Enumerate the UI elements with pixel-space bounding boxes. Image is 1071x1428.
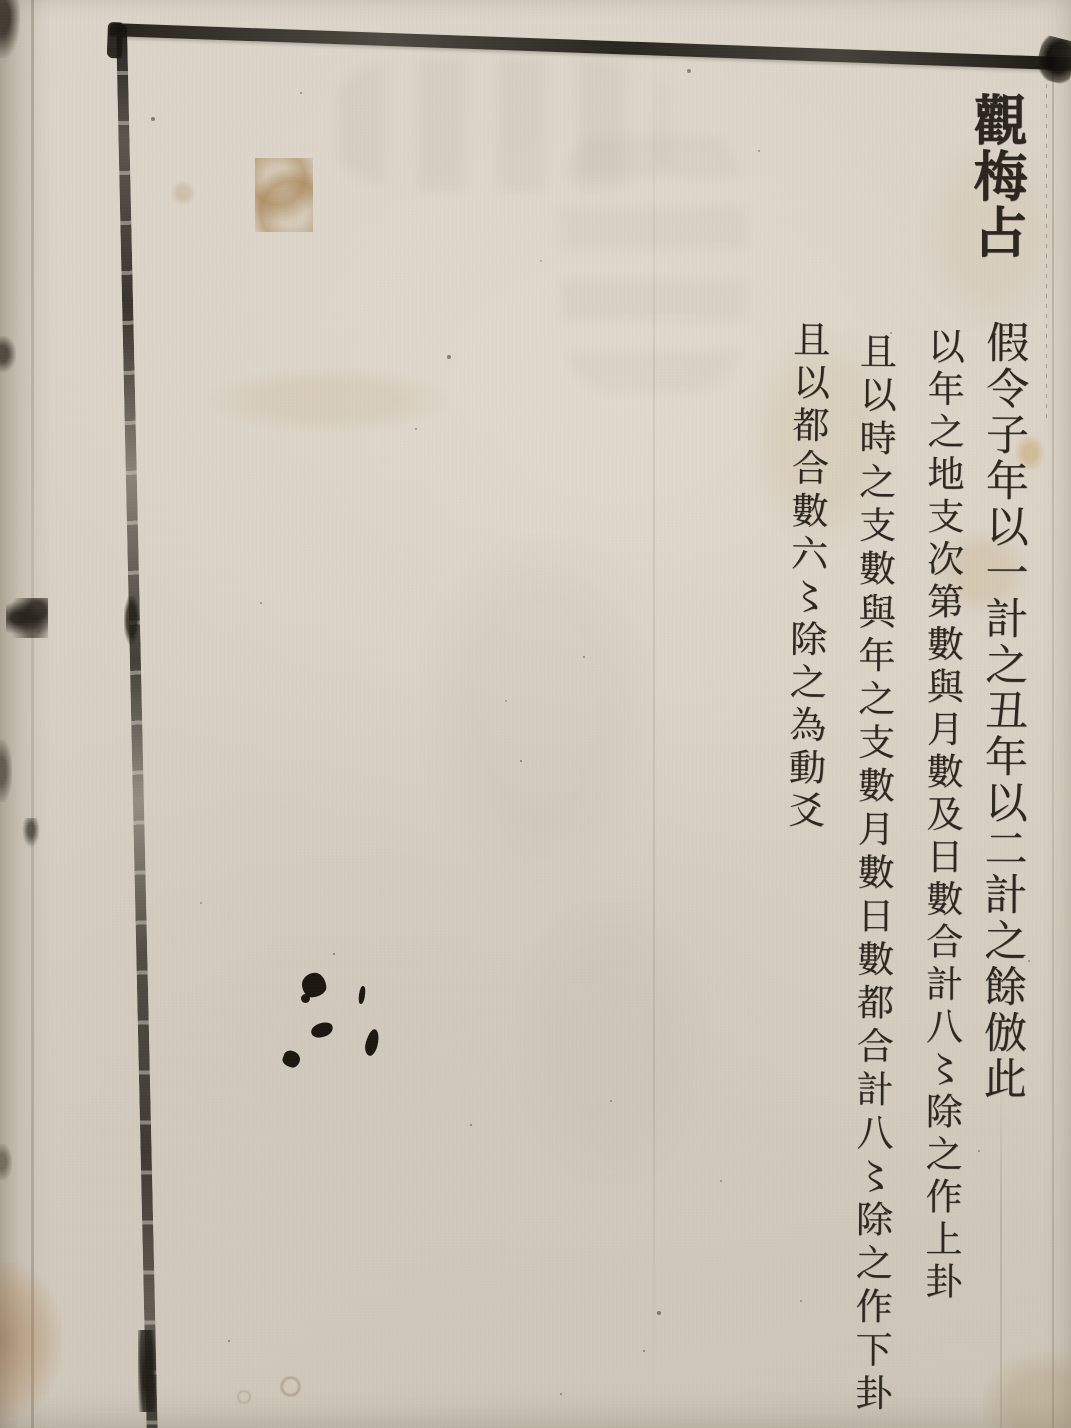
ink-blot [281, 1049, 302, 1070]
title-column: 觀梅占 [961, 92, 1033, 260]
ink-blot [310, 1021, 335, 1040]
frame-top-rule [110, 23, 1071, 71]
frame-corner-blot [1033, 34, 1071, 85]
column-guideline [1046, 84, 1047, 424]
ink-blot [300, 971, 327, 998]
ink-blot [358, 986, 366, 1005]
paper-stain [255, 158, 313, 232]
ink-bleedthrough [515, 898, 710, 1183]
paper-grain [0, 0, 1071, 1428]
paper-stain-ring [279, 1376, 302, 1397]
paper-stain [170, 181, 196, 205]
ink-bleedthrough [428, 540, 653, 875]
binding-stitch-knot [22, 818, 40, 848]
binding-fold-line [31, 0, 34, 1428]
edge-ink-mark [0, 740, 12, 802]
text-column-1: 假令子年以一計之丑年以二計之餘倣此 [975, 320, 1032, 1102]
frame-left-rule [116, 25, 158, 1428]
paper-crease [1000, 1080, 1002, 1428]
page-binding-edge [0, 0, 54, 1428]
paper-stain [983, 1352, 1071, 1428]
paper-crease [1052, 56, 1054, 1428]
ink-blot [363, 1028, 381, 1057]
paper-stain-ring [236, 1390, 252, 1404]
ink-bleedthrough [560, 128, 745, 393]
edge-ink-mark [0, 1144, 12, 1180]
frame-rule-blot [138, 1330, 156, 1412]
paper-stain [0, 1262, 62, 1418]
edge-ink-mark [0, 0, 20, 58]
ink-bleedthrough [338, 58, 668, 190]
ink-blot [301, 994, 310, 1003]
text-column-4: 且以都合數六〻除之為動爻 [780, 320, 831, 834]
frame-rule-blot [124, 596, 139, 644]
paper-crease [653, 0, 655, 1428]
text-column-3: 且以時之支數與年之支數月數日數都合計八〻除之作下卦 [846, 332, 899, 1417]
manuscript-page: 觀梅占 假令子年以一計之丑年以二計之餘倣此 以年之地支次第數與月數及日數合計八〻… [0, 0, 1071, 1428]
edge-ink-mark [0, 336, 16, 372]
paper-stain [208, 368, 448, 432]
text-column-2: 以年之地支次第數與月數及日數合計八〻除之作上卦 [915, 327, 968, 1305]
binding-stitch-knot [6, 598, 48, 638]
